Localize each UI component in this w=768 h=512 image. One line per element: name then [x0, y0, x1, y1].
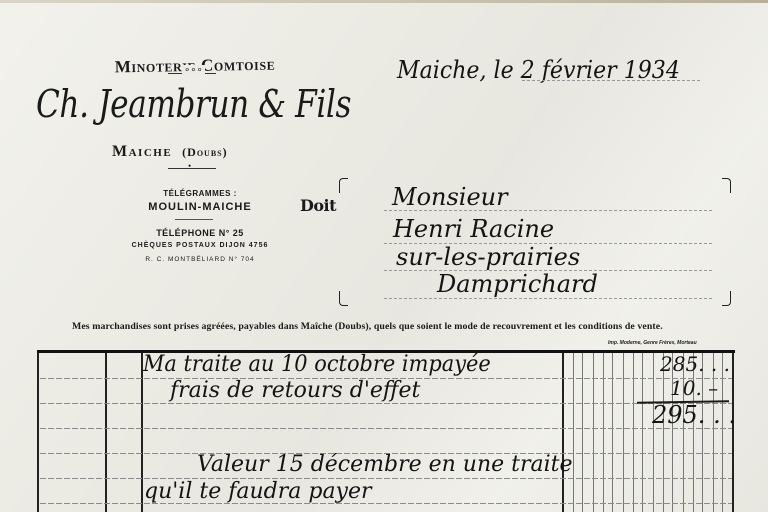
- bracket-corner: [339, 291, 348, 306]
- amount-total: 295. . .: [652, 401, 742, 429]
- ledger-entry: qu'il te faudra payer: [144, 479, 372, 504]
- paper-top-edge: [0, 0, 768, 3]
- postal-cheques: CHÈQUES POSTAUX DIJON 4756: [100, 242, 300, 249]
- bracket-corner: [722, 178, 731, 193]
- money-grid-line: [582, 353, 583, 512]
- row-rule: [40, 403, 732, 404]
- money-grid-line: [612, 353, 613, 512]
- department: (Doubs): [182, 145, 227, 159]
- recipient-locality: sur-les-prairies: [396, 243, 580, 271]
- amount-cell: 285. . .: [660, 352, 740, 376]
- ledger-entry: frais de retours d'effet: [170, 378, 420, 403]
- money-grid-line: [603, 353, 604, 512]
- payment-terms: Mes marchandises sont prises agréées, pa…: [72, 321, 663, 332]
- money-grid-line: [642, 353, 643, 512]
- recipient-name: Henri Racine: [393, 215, 554, 243]
- printer-credit: Imp. Moderne, Genre Frères, Morteau: [608, 340, 697, 346]
- row-rule: [40, 428, 732, 429]
- trade-register: R. C. MONTBÉLIARD N° 704: [100, 256, 300, 263]
- money-grid-line: [633, 353, 634, 512]
- date-rule: [522, 80, 702, 81]
- telegram-address: MOULIN-MAICHE: [100, 201, 300, 213]
- ledger-entry: Valeur 15 décembre en une traite: [197, 452, 573, 477]
- money-grid-line: [663, 353, 664, 512]
- ornament-divider: [168, 73, 216, 74]
- company-city: Maiche(Doubs): [112, 143, 228, 161]
- ledger-entry: Ma traite au 10 octobre impayée: [143, 352, 491, 377]
- recipient-town: Damprichard: [437, 270, 598, 298]
- money-grid-line: [623, 353, 624, 512]
- column-divider: [105, 353, 107, 512]
- money-grid-line: [593, 353, 594, 512]
- phone-number: TÉLÉPHONE N° 25: [100, 228, 300, 238]
- ornament-divider: [168, 168, 216, 169]
- amount-cell: 10. –: [670, 376, 740, 400]
- city-name: Maiche: [112, 143, 172, 160]
- ornament-divider: [175, 219, 213, 220]
- doit-label: Doit: [300, 196, 336, 215]
- company-name: Ch. Jeambrun & Fils: [36, 82, 298, 126]
- column-divider: [562, 353, 564, 512]
- telegram-label: TÉLÉGRAMMES :: [100, 189, 300, 198]
- recipient-salutation: Monsieur: [392, 183, 508, 211]
- address-rule: [384, 298, 714, 299]
- money-grid-line: [573, 353, 574, 512]
- bracket-corner: [339, 178, 348, 193]
- money-grid-line: [653, 353, 654, 512]
- bracket-corner: [722, 291, 731, 306]
- column-divider: [37, 353, 39, 512]
